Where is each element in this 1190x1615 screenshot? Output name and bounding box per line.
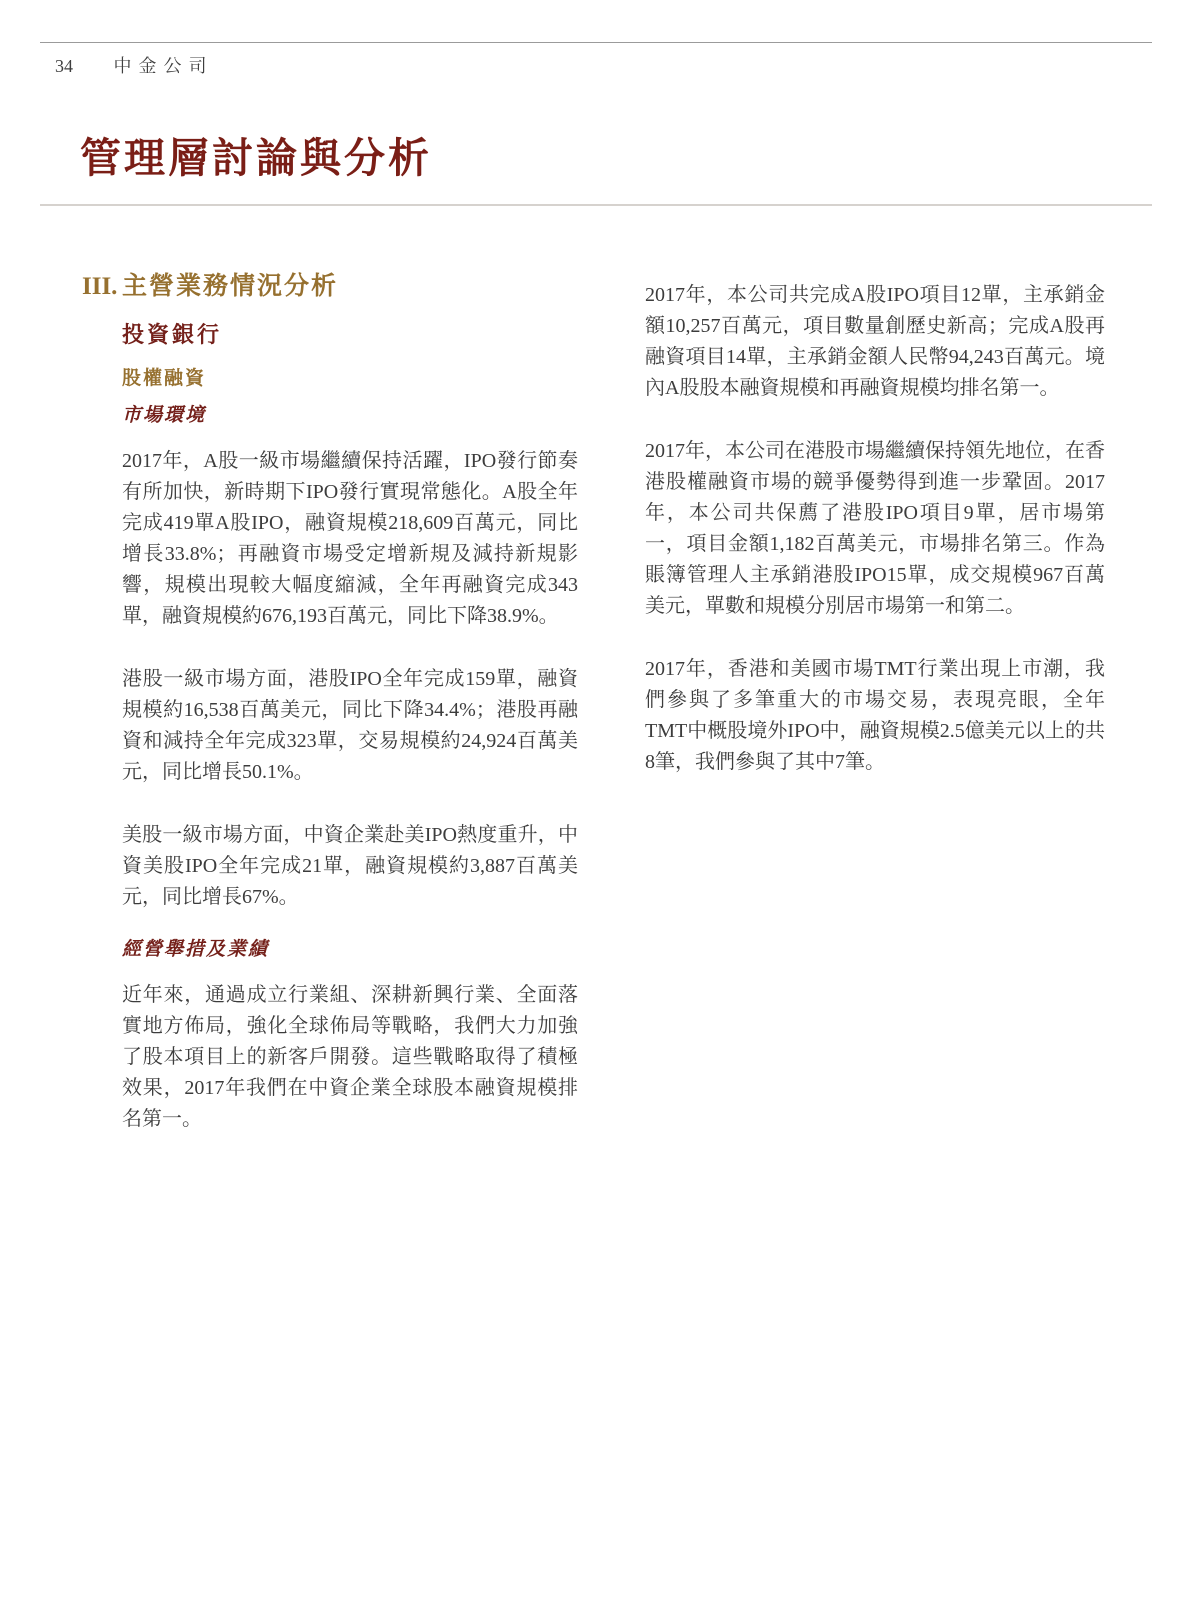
page-title: 管理層討論與分析 (80, 134, 432, 183)
body-paragraph: 2017年，本公司在港股市場繼續保持領先地位，在香港股權融資市場的競爭優勢得到進… (645, 436, 1105, 622)
page-number: 34 (55, 56, 73, 77)
page-header: 34 中金公司 (55, 52, 214, 78)
right-column: 2017年，本公司共完成A股IPO項目12單，主承銷金額10,257百萬元，項目… (645, 272, 1105, 1135)
body-paragraph: 2017年，香港和美國市場TMT行業出現上市潮，我們參與了多筆重大的市場交易，表… (645, 654, 1105, 778)
subsection-operations-results: 經營舉措及業績 (122, 939, 578, 962)
section-heading: III. 主營業務情況分析 (82, 272, 578, 302)
left-column: III. 主營業務情況分析 投資銀行 股權融資 市場環境 2017年，A股一級市… (82, 272, 578, 1135)
body-paragraph: 美股一級市場方面，中資企業赴美IPO熱度重升，中資美股IPO全年完成21單，融資… (122, 820, 578, 913)
body-paragraph: 港股一級市場方面，港股IPO全年完成159單，融資規模約16,538百萬美元，同… (122, 664, 578, 788)
title-rule (40, 204, 1152, 206)
main-content: III. 主營業務情況分析 投資銀行 股權融資 市場環境 2017年，A股一級市… (82, 272, 1105, 1135)
document-page: 34 中金公司 管理層討論與分析 III. 主營業務情況分析 投資銀行 股權融資… (0, 0, 1190, 1615)
section-numeral: III. (82, 272, 122, 302)
header-rule (40, 42, 1152, 43)
section-heading-label: 主營業務情況分析 (122, 272, 338, 302)
body-paragraph: 2017年，A股一級市場繼續保持活躍，IPO發行節奏有所加快，新時期下IPO發行… (122, 446, 578, 632)
body-paragraph: 2017年，本公司共完成A股IPO項目12單，主承銷金額10,257百萬元，項目… (645, 280, 1105, 404)
company-name: 中金公司 (114, 52, 214, 78)
body-paragraph: 近年來，通過成立行業組、深耕新興行業、全面落實地方佈局，強化全球佈局等戰略，我們… (122, 980, 578, 1135)
subsection-equity-financing: 股權融資 (122, 368, 578, 391)
subsection-market-environment: 市場環境 (122, 405, 578, 428)
subsection-investment-banking: 投資銀行 (122, 322, 578, 348)
